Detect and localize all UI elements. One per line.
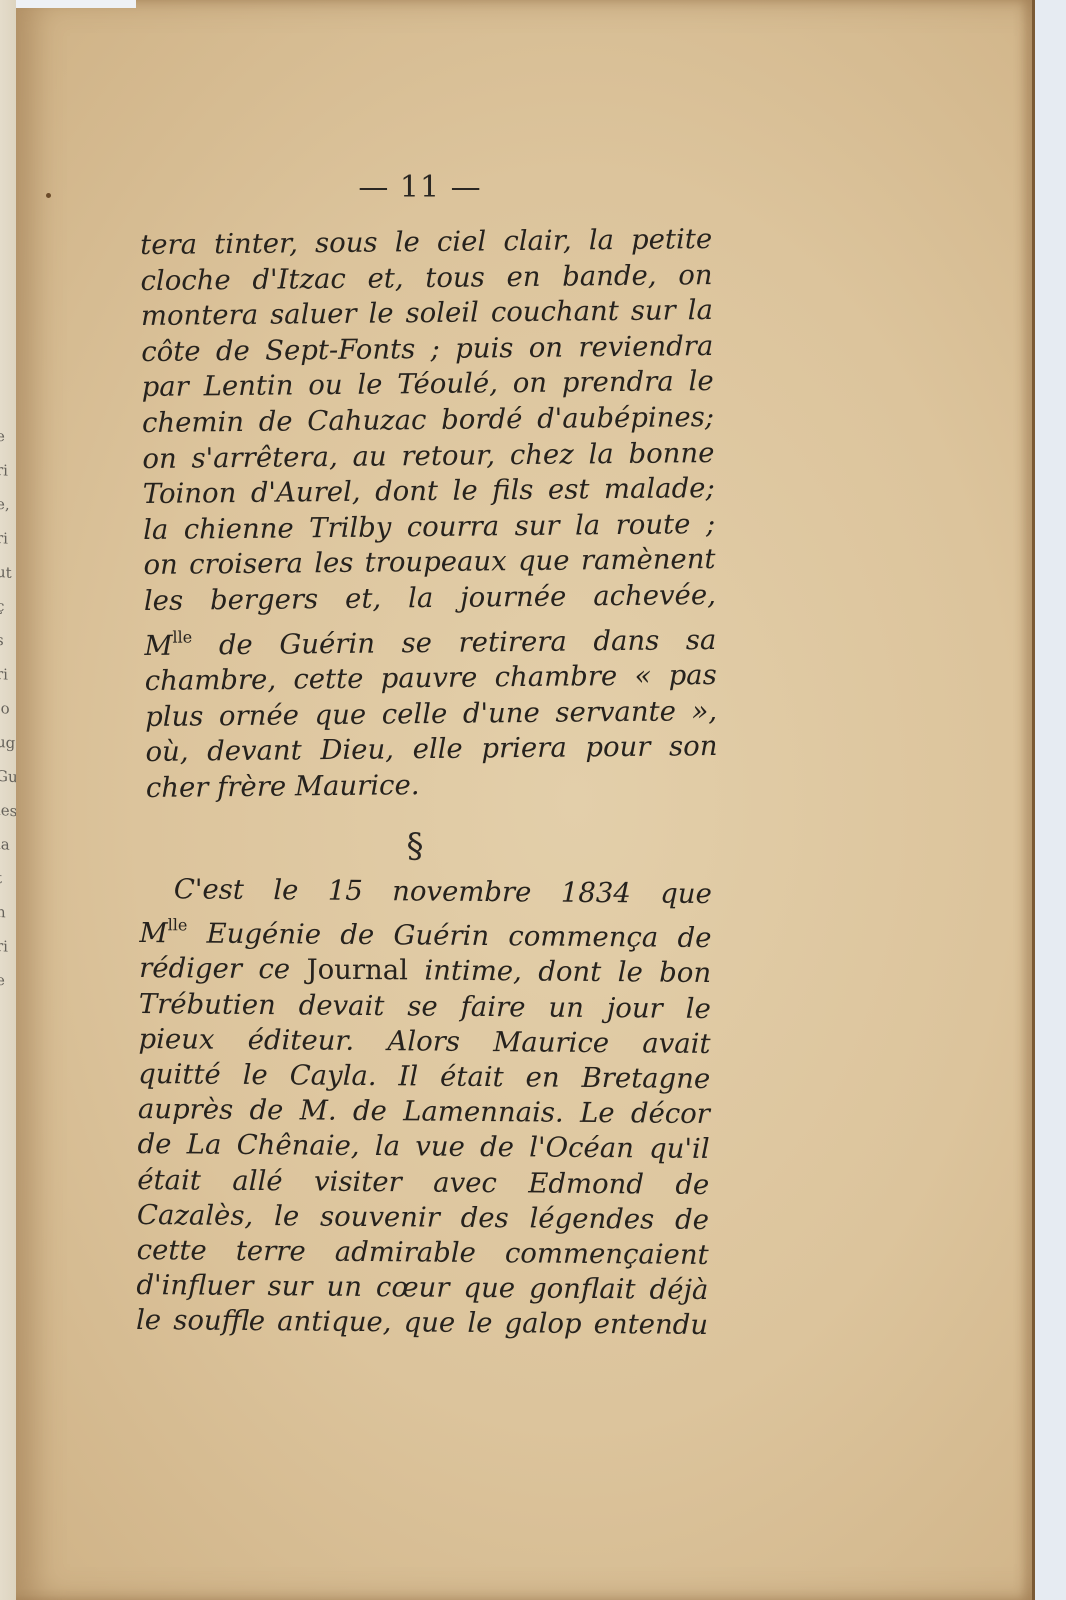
text-line: Toinon d'Aurel, dont le fils est malade; [143,471,715,513]
roman-word: Journal [306,954,408,987]
paper-speck [46,193,51,198]
text-line: cher frère Maurice. [146,765,718,807]
text-line: pieux éditeur. Alors Maurice avait [138,1022,710,1062]
text-line: chambre, cette pauvre chambre « pas [145,658,717,700]
text-line: les bergers et, la journée achevée, [144,578,716,620]
section-mark: § [390,826,440,866]
text-line: où, devant Dieu, elle priera pour son [145,729,717,771]
text-line: chemin de Cahuzac bordé d'aubépines; [142,400,714,442]
text-line: C'est le 15 novembre 1834 que [140,872,712,912]
text-line: d'influer sur un cœur que gonflait déjà [136,1268,708,1308]
text-line: la chienne Trilby courra sur la route ; [143,507,715,549]
text-line: montera saluer le soleil couchant sur la [141,293,713,335]
text-line: de La Chênaie, la vue de l'Océan qu'il [137,1127,709,1167]
text-line: auprès de M. de Lamennais. Le décor [138,1092,710,1132]
page-number: — 11 — [345,170,495,205]
text-line: quitté le Cayla. Il était en Bretagne [138,1057,710,1097]
text-line: cette terre admirable commençaient [137,1233,709,1273]
text-line: plus ornée que celle d'une servante », [145,694,717,736]
superscript-abbrev: lle [172,627,192,646]
text-line: tera tinter, sous le ciel clair, la peti… [140,222,712,264]
text-line: Mlle de Guérin se retirera dans sa [144,614,716,665]
text-line: Mlle Eugénie de Guérin commença de [139,907,711,956]
text-line: Cazalès, le souvenir des légendes de [137,1198,709,1238]
paragraph-1: tera tinter, sous le ciel clair, la peti… [140,222,718,806]
text-line: rédiger ce Journal intime, dont le bon [139,951,711,991]
text-line: était allé visiter avec Edmond de [137,1163,709,1203]
superscript-abbrev: lle [168,915,188,934]
text-line: côte de Sept-Fonts ; puis on reviendra [141,329,713,371]
text-line: cloche d'Itzac et, tous en bande, on [140,258,712,300]
text-line: on s'arrêtera, au retour, chez la bonne [142,436,714,478]
text-line: on croisera les troupeaux que ramènent [143,542,715,584]
text-line: par Lentin ou le Téoulé, on prendra le [141,364,713,406]
page-top-gap [16,0,136,8]
paragraph-2: C'est le 15 novembre 1834 que Mlle Eugén… [136,872,712,1344]
text-line: Trébutien devait se faire un jour le [139,987,711,1027]
text-line: le souffle antique, que le galop entendu [136,1303,708,1343]
photo-scene: e ri e, ri ut ç s ri jo uge Gu les la t … [0,0,1066,1600]
